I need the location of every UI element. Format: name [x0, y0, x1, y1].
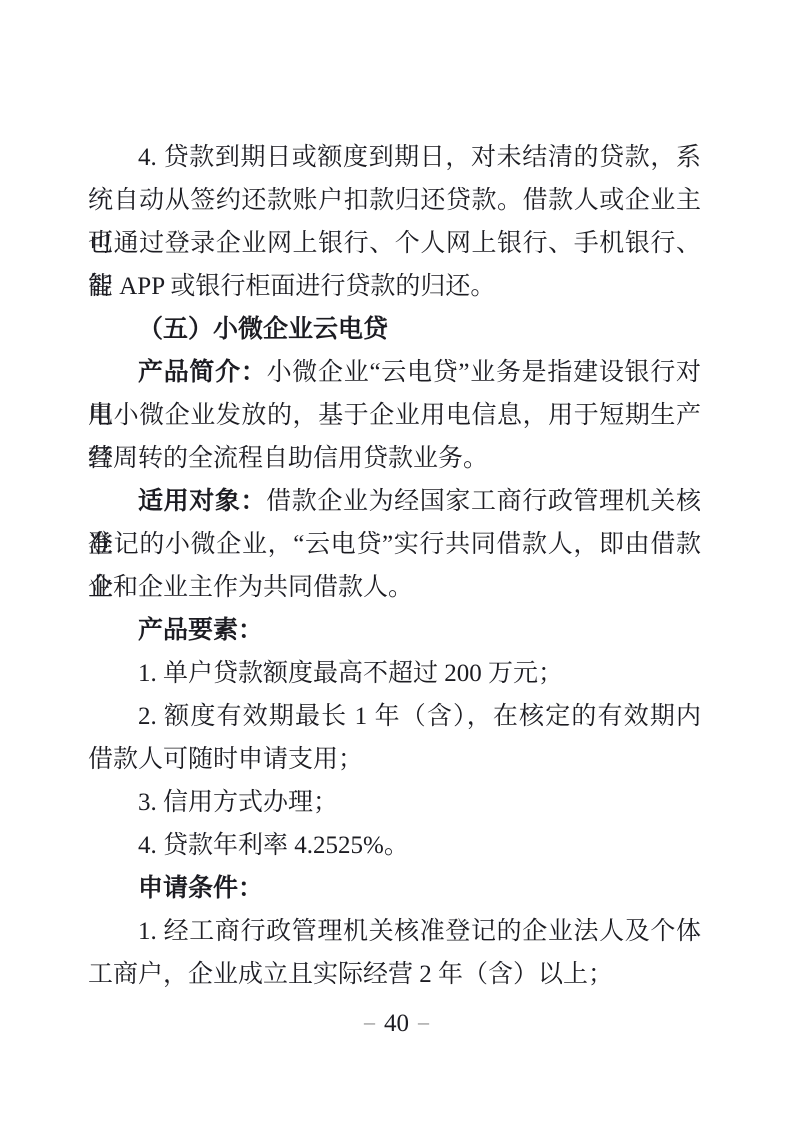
text-line: 1. 经工商行政管理机关核准登记的企业法人及个体: [88, 910, 701, 953]
document-page: 4. 贷款到期日或额度到期日，对未结清的贷款，系统自动从签约还款账户扣款归还贷款…: [0, 0, 793, 1122]
text-line: 1. 单户贷款额度最高不超过 200 万元；: [88, 652, 701, 695]
text-run: 借款人可随时申请支用；: [88, 746, 363, 773]
text-line: 能 APP 或银行柜面进行贷款的归还。: [88, 265, 701, 308]
text-run: 业和企业主作为共同借款人。: [88, 574, 413, 601]
text-run: 1. 单户贷款额度最高不超过 200 万元；: [138, 660, 563, 687]
text-line: 电小微企业发放的，基于企业用电信息，用于短期生产经: [88, 394, 701, 437]
text-line: 4. 贷款年利率 4.2525%。: [88, 824, 701, 867]
bold-text-run: 产品要素：: [138, 617, 263, 644]
bold-text-run: 适用对象：: [138, 488, 266, 515]
bold-text-run: （五）小微企业云电贷: [138, 316, 388, 343]
text-run: 能 APP 或银行柜面进行贷款的归还。: [88, 273, 495, 300]
text-run: 4. 贷款年利率 4.2525%。: [138, 832, 409, 859]
page-number: 40: [384, 1010, 409, 1037]
text-line: 工商户，企业成立且实际经营 2 年（含）以上；: [88, 953, 701, 996]
text-line: 登记的小微企业，“云电贷”实行共同借款人，即由借款企: [88, 523, 701, 566]
footer-dash-right: –: [418, 1009, 429, 1034]
document-body: 4. 贷款到期日或额度到期日，对未结清的贷款，系统自动从签约还款账户扣款归还贷款…: [88, 136, 701, 996]
text-line: 营周转的全流程自助信用贷款业务。: [88, 437, 701, 480]
text-line: 统自动从签约还款账户扣款归还贷款。借款人或企业主也: [88, 179, 701, 222]
text-line: 可通过登录企业网上银行、个人网上银行、手机银行、智: [88, 222, 701, 265]
text-line: 申请条件：: [88, 867, 701, 910]
text-run: 1. 经工商行政管理机关核准登记的企业法人及个体: [138, 918, 701, 945]
text-run: 3. 信用方式办理；: [138, 789, 338, 816]
text-run: 工商户，企业成立且实际经营 2 年（含）以上；: [88, 961, 613, 988]
text-line: （五）小微企业云电贷: [88, 308, 701, 351]
text-line: 2. 额度有效期最长 1 年（含），在核定的有效期内: [88, 695, 701, 738]
text-line: 适用对象：借款企业为经国家工商行政管理机关核准: [88, 480, 701, 523]
bold-text-run: 申请条件：: [138, 875, 263, 902]
page-footer: –40–: [0, 1004, 793, 1042]
text-line: 产品简介：小微企业“云电贷”业务是指建设银行对用: [88, 351, 701, 394]
text-line: 业和企业主作为共同借款人。: [88, 566, 701, 609]
text-line: 4. 贷款到期日或额度到期日，对未结清的贷款，系: [88, 136, 701, 179]
text-line: 借款人可随时申请支用；: [88, 738, 701, 781]
footer-dash-left: –: [364, 1009, 375, 1034]
text-line: 3. 信用方式办理；: [88, 781, 701, 824]
text-run: 4. 贷款到期日或额度到期日，对未结清的贷款，系: [138, 144, 701, 171]
text-line: 产品要素：: [88, 609, 701, 652]
text-run: 营周转的全流程自助信用贷款业务。: [88, 445, 488, 472]
text-run: 2. 额度有效期最长 1 年（含），在核定的有效期内: [138, 703, 701, 730]
bold-text-run: 产品简介：: [138, 359, 267, 386]
